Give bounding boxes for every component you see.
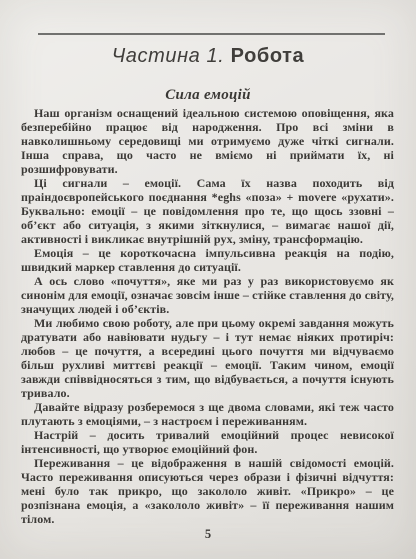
paragraph: А ось слово «почуття», яке ми раз у раз … (21, 274, 394, 316)
paragraph: Давайте відразу розберемося з ще двома с… (21, 400, 394, 428)
header-rule (38, 33, 385, 35)
paragraph: Ми любимо свою роботу, але при цьому окр… (21, 316, 394, 400)
part-title: Робота (231, 45, 305, 67)
part-heading: Частина 1. Робота (0, 45, 416, 68)
paragraph: Настрій – досить тривалий емоційний проц… (21, 428, 394, 456)
part-label: Частина 1. (112, 45, 225, 67)
page-body: Наш організм оснащений ідеальною системо… (21, 106, 394, 525)
paragraph: Наш організм оснащений ідеальною системо… (21, 106, 394, 176)
page-number: 5 (0, 527, 416, 542)
paragraph: Переживання – це відображення в нашій св… (21, 456, 394, 525)
section-title: Сила емоцій (0, 87, 416, 104)
paragraph: Емоція – це короткочасна імпульсивна реа… (21, 246, 394, 274)
book-page: Частина 1. Робота Сила емоцій Наш органі… (0, 0, 416, 559)
paragraph: Ці сигнали – емоції. Сама їх назва поход… (21, 176, 394, 246)
